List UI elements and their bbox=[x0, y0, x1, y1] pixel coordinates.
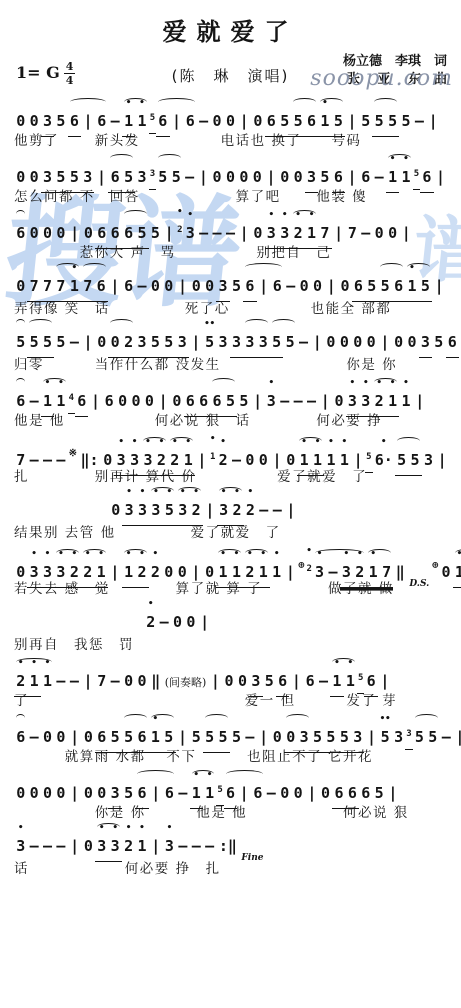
note-token: 1• bbox=[399, 386, 412, 416]
note-token: 0 bbox=[364, 327, 377, 357]
note-token: 5 bbox=[68, 162, 81, 193]
notation-line: 3•–––|03•3•2•1•|3•–––:‖Fine bbox=[14, 831, 455, 861]
note-token: 0 bbox=[338, 271, 351, 301]
note-token: 3• bbox=[340, 557, 353, 588]
note-token: 6 bbox=[332, 162, 345, 193]
note-token: 5 bbox=[54, 162, 67, 193]
note-token: 7 bbox=[14, 445, 27, 475]
segno-icon: ※ bbox=[68, 439, 78, 469]
note-token: 5 bbox=[162, 327, 175, 358]
sheet-music-page: 搜谱 谱 爱就爱了 1= G44 (陈 琳 演唱) 杨立德 李琪 词 张 亚 东… bbox=[0, 0, 461, 1008]
note-token: 3• bbox=[163, 831, 176, 861]
note-token: 5 bbox=[263, 666, 276, 696]
octave-dot: • bbox=[348, 659, 353, 667]
note-token: 5 bbox=[230, 722, 243, 752]
note-token: – bbox=[271, 495, 284, 525]
note-token: 0 bbox=[14, 162, 27, 192]
note-token: 6 bbox=[75, 386, 88, 417]
slur-arc: 6|6 bbox=[156, 106, 197, 137]
note-token: 3 bbox=[305, 162, 318, 193]
note-token: 3 bbox=[81, 162, 94, 193]
octave-dot: • bbox=[295, 211, 300, 219]
note-token: 5 bbox=[230, 271, 243, 301]
octave-dot: • bbox=[390, 155, 395, 163]
note-token: 1• bbox=[54, 386, 67, 416]
note-token: 5 bbox=[108, 722, 121, 753]
note-token: 5 bbox=[162, 722, 175, 753]
note-token: 0 bbox=[311, 271, 324, 301]
octave-dot: • bbox=[188, 211, 193, 219]
note-token: 0 bbox=[405, 327, 418, 357]
music-line: 7–––※‖:03•3•3•2•2•1•|1•2•–00|01•1•1•1•|5… bbox=[14, 439, 455, 486]
note-token: 3 bbox=[249, 666, 262, 697]
note-token: 3• bbox=[346, 386, 359, 417]
note-token: 6 bbox=[95, 106, 108, 136]
note-token: – bbox=[108, 106, 121, 136]
octave-dot: • bbox=[207, 771, 212, 779]
octave-dot: • bbox=[18, 824, 23, 832]
music-line: 6–1•1•46|6000|066655|3•–––|03•3•2•1•1•|他… bbox=[14, 383, 455, 430]
note-token: – bbox=[54, 831, 67, 861]
notation-line: 6000|066655|2•3•–––|03•3•2•1•7|7–00| bbox=[14, 215, 455, 245]
note-token: 3 bbox=[419, 327, 432, 358]
score: 00356|6–1•1•56|6–00|065561•5|5555–|他剪了 新… bbox=[0, 97, 461, 878]
note-token: – bbox=[68, 327, 81, 357]
note-token: – bbox=[41, 445, 54, 475]
octave-dot: • bbox=[153, 550, 158, 558]
note-token: – bbox=[278, 386, 291, 416]
note-token: – bbox=[183, 162, 196, 192]
octave-dot: • bbox=[31, 659, 36, 667]
note-token: 6 bbox=[95, 722, 108, 753]
barline: | bbox=[257, 722, 271, 752]
barline: ‖ bbox=[149, 666, 163, 696]
note-token: 3• bbox=[122, 495, 135, 526]
barline: | bbox=[203, 495, 217, 525]
note-token: 5 bbox=[54, 327, 67, 357]
barline: | bbox=[399, 218, 413, 248]
note-token: 3 bbox=[135, 327, 148, 358]
note-token: 7 bbox=[54, 271, 67, 302]
octave-dot: • bbox=[126, 550, 131, 558]
note-token: – bbox=[190, 831, 203, 861]
lyric-line: 话 何必要 挣 扎 bbox=[14, 861, 455, 878]
note-token: 0 bbox=[14, 271, 27, 301]
note-token: 3 bbox=[243, 327, 256, 358]
octave-dot: • bbox=[45, 550, 50, 558]
barline: | bbox=[284, 495, 298, 525]
note-token: 6 bbox=[303, 666, 316, 696]
note-token: 5•• bbox=[203, 327, 216, 357]
barline: | bbox=[189, 327, 203, 357]
slur-arc: 1•1• bbox=[453, 557, 461, 588]
slur-arc: 2•1• bbox=[291, 218, 318, 249]
note-token: 3 bbox=[392, 722, 405, 752]
barline: | bbox=[257, 271, 271, 301]
barline: | bbox=[81, 106, 95, 136]
note-token: 6 bbox=[305, 106, 318, 137]
barline: | bbox=[162, 218, 176, 248]
octave-dot: • bbox=[85, 550, 90, 558]
slur-arc: 76 bbox=[81, 271, 108, 302]
note-token: 3• bbox=[217, 495, 230, 526]
slur-arc: 2•1•1• bbox=[14, 666, 54, 697]
slur-arc: 55 bbox=[270, 327, 297, 358]
note-token: 6 bbox=[156, 106, 169, 137]
octave-dot: • bbox=[342, 438, 347, 446]
note-token: 2• bbox=[135, 557, 148, 588]
note-token: 0 bbox=[82, 831, 95, 861]
coda-icon: ⊕ bbox=[297, 551, 305, 581]
note-token: 2• bbox=[230, 495, 243, 526]
note-token: 7 bbox=[81, 271, 94, 302]
octave-dot: • bbox=[261, 550, 266, 558]
note-token: 0 bbox=[257, 445, 270, 475]
note-token: 1• bbox=[386, 386, 399, 417]
note-token: 0 bbox=[203, 557, 216, 587]
octave-dot: • bbox=[172, 438, 177, 446]
note-token: 0 bbox=[372, 218, 385, 248]
note-token: 1• bbox=[149, 722, 162, 753]
note-token: 1• bbox=[203, 778, 216, 808]
music-line: 07771•76|6–00|00356|6–00|065561•5|弄得像 笑 … bbox=[14, 271, 455, 318]
note-token: 6 bbox=[392, 271, 405, 302]
note-token: 3• bbox=[136, 495, 149, 526]
note-token: 0 bbox=[116, 386, 129, 416]
note-token: 0 bbox=[162, 557, 175, 587]
barline: | bbox=[305, 778, 319, 808]
octave-dot: • bbox=[282, 211, 287, 219]
note-token: 0 bbox=[109, 495, 122, 525]
note-token: 1• bbox=[270, 557, 283, 587]
barline: | bbox=[94, 162, 108, 192]
note-token: 0 bbox=[129, 386, 142, 416]
notation-line: 2•–00| bbox=[14, 607, 455, 637]
note-token: 1• bbox=[182, 445, 195, 476]
octave-dot: • bbox=[234, 488, 239, 496]
barline: | bbox=[345, 162, 359, 192]
slur-arc: 1•1• bbox=[190, 778, 217, 809]
slur-arc: 33 bbox=[243, 327, 270, 358]
note-token: 3 bbox=[149, 159, 156, 190]
note-token: 1• bbox=[386, 162, 399, 193]
barline: | bbox=[453, 722, 461, 752]
note-token: – bbox=[257, 495, 270, 525]
notation-line: 6–00|065561•5|5555–|0035553|5••3355–| bbox=[14, 719, 455, 749]
note-token: 5 bbox=[338, 722, 351, 753]
octave-dot: • bbox=[269, 379, 274, 387]
note-token: 6 bbox=[94, 271, 107, 302]
note-token: 1• bbox=[344, 666, 357, 696]
note-token: 0 bbox=[297, 271, 310, 301]
octave-dot: • bbox=[72, 550, 77, 558]
note-token: 3• bbox=[149, 495, 162, 526]
note-token: 5 bbox=[365, 271, 378, 302]
barline: | bbox=[310, 327, 324, 357]
note-token: 5 bbox=[149, 218, 162, 248]
note-token: 5 bbox=[170, 162, 183, 192]
note-token: 5 bbox=[54, 106, 67, 136]
note-token: 5 bbox=[378, 271, 391, 302]
note-token: – bbox=[176, 778, 189, 808]
note-token: 0 bbox=[82, 218, 95, 248]
note-token: 0 bbox=[190, 271, 203, 301]
note-token: 0 bbox=[439, 557, 452, 587]
octave-dot: • bbox=[248, 488, 253, 496]
barline: | bbox=[81, 666, 95, 696]
music-line: 2•–00|别再自 我惩 罚 bbox=[14, 607, 455, 654]
note-token: 6 bbox=[210, 386, 223, 417]
note-token: 5 bbox=[332, 106, 345, 137]
barline: | bbox=[149, 778, 163, 808]
barline: | bbox=[264, 162, 278, 192]
note-token: 2• bbox=[216, 445, 229, 475]
note-token: 5 bbox=[203, 722, 216, 753]
note-token: 6 bbox=[135, 778, 148, 809]
music-line: 0000|00356|6–1•1•56|6–00|06665| 你是 你 他是 … bbox=[14, 775, 455, 822]
notation-line: 2•1•1•––|7–00‖(间奏略)|00356|6–1•1•56| bbox=[14, 663, 455, 693]
note-token: 0 bbox=[41, 722, 54, 752]
note-token: 0 bbox=[27, 218, 40, 248]
note-token: 7 bbox=[380, 557, 393, 588]
note-token: 0 bbox=[237, 162, 250, 192]
note-token: – bbox=[440, 722, 453, 752]
slur-arc: 03 bbox=[284, 722, 311, 753]
note-token: 0 bbox=[203, 271, 216, 301]
note-token: 6 bbox=[184, 386, 197, 417]
note-token: 2• bbox=[189, 495, 202, 526]
note-token: 4 bbox=[68, 383, 75, 414]
note-token: 1• bbox=[122, 106, 135, 137]
note-token: 5 bbox=[270, 327, 283, 358]
note-token: 5 bbox=[149, 327, 162, 358]
note-token: 3• bbox=[14, 831, 27, 861]
octave-dot: • bbox=[194, 771, 199, 779]
note-token: 5 bbox=[426, 722, 439, 752]
site-watermark: sooopu.com bbox=[310, 66, 453, 91]
notation-line: 5555–|0023553|5••333355–|0000|00356| bbox=[14, 327, 455, 357]
note-token: 0 bbox=[176, 557, 189, 587]
note-token: 5 bbox=[408, 445, 421, 476]
note-token: 5 bbox=[122, 162, 135, 193]
note-token: 5 bbox=[283, 327, 296, 357]
barline: | bbox=[68, 722, 82, 752]
note-token: – bbox=[297, 327, 310, 357]
note-token: – bbox=[224, 218, 237, 248]
note-token: 5 bbox=[386, 106, 399, 137]
octave-dot: • bbox=[344, 550, 349, 558]
octave-dot: • bbox=[72, 264, 77, 272]
note-token: 1• bbox=[330, 666, 343, 697]
note-token: 0 bbox=[392, 327, 405, 357]
octave-dot: • bbox=[99, 824, 104, 832]
barline: | bbox=[198, 607, 212, 637]
note-token: 0 bbox=[54, 778, 67, 808]
barline: | bbox=[237, 218, 251, 248]
note-token: 6 bbox=[108, 218, 121, 249]
barline: | bbox=[176, 271, 190, 301]
octave-dot: • bbox=[210, 435, 215, 443]
note-token: 0 bbox=[284, 445, 297, 475]
note-token: 7 bbox=[318, 218, 331, 249]
note-token: 5 bbox=[359, 106, 372, 136]
music-line: 2•1•1•––|7–00‖(间奏略)|00356|6–1•1•56|了 爱一 … bbox=[14, 663, 455, 710]
note-token: 0 bbox=[108, 327, 121, 358]
note-token: – bbox=[326, 557, 339, 587]
note-token: 5 bbox=[190, 722, 203, 752]
octave-dot: • bbox=[220, 550, 225, 558]
octave-dot: • bbox=[153, 715, 158, 723]
note-token: 0 bbox=[338, 327, 351, 357]
octave-dot: • bbox=[193, 488, 198, 496]
note-token: 0 bbox=[41, 778, 54, 808]
octave-dot: • bbox=[306, 547, 311, 555]
slur-arc: 65 bbox=[210, 386, 237, 417]
note-token: 6 bbox=[271, 271, 284, 301]
note-token: 3 bbox=[230, 327, 243, 358]
note-token: 0 bbox=[82, 722, 95, 752]
note-token: – bbox=[230, 445, 243, 475]
note-token: 5 bbox=[27, 327, 40, 358]
note-token: 7 bbox=[27, 271, 40, 302]
note-token: 0 bbox=[54, 218, 67, 248]
note-token: 1• bbox=[41, 666, 54, 696]
music-line: 6–00|065561•5|5555–|0035553|5••3355–| 就算… bbox=[14, 719, 455, 766]
octave-dot: •• bbox=[204, 320, 215, 328]
slur-arc: 55 bbox=[203, 722, 230, 753]
octave-dot: • bbox=[145, 438, 150, 446]
annotation: D.S. bbox=[407, 569, 431, 599]
slur-arc: 3•2• bbox=[217, 495, 244, 526]
note-token: 0 bbox=[82, 778, 95, 808]
octave-dot: • bbox=[390, 379, 395, 387]
music-line: 5555–|0023553|5••333355–|0000|00356|归零 当… bbox=[14, 327, 455, 374]
slur-arc: 2•1• bbox=[81, 557, 108, 588]
note-token: 1• bbox=[405, 271, 418, 302]
octave-dot: • bbox=[457, 550, 461, 558]
barline: | bbox=[413, 386, 427, 416]
note-token: 6·• bbox=[373, 445, 395, 475]
note-token: 5 bbox=[224, 386, 237, 417]
note-token: 2• bbox=[81, 557, 94, 588]
note-token: 3 bbox=[135, 162, 148, 192]
note-token: 2• bbox=[243, 557, 256, 588]
octave-dot: • bbox=[409, 264, 414, 272]
coda-icon: ⊕ bbox=[431, 551, 439, 581]
note-token: 0 bbox=[41, 218, 54, 248]
note-token: 3• bbox=[313, 557, 326, 587]
note-token: 0 bbox=[251, 218, 264, 248]
barline: | bbox=[432, 271, 446, 301]
note-token: 1• bbox=[366, 557, 379, 588]
note-token: – bbox=[265, 778, 278, 808]
barline: | bbox=[426, 106, 440, 136]
note-token: 0 bbox=[243, 445, 256, 475]
octave-dot: • bbox=[126, 824, 131, 832]
note-token: – bbox=[54, 666, 67, 696]
octave-dot: • bbox=[159, 438, 164, 446]
note-token: 5 bbox=[413, 159, 420, 190]
note-token: 6 bbox=[14, 386, 27, 416]
note-token: 6 bbox=[95, 218, 108, 249]
note-token: 0 bbox=[162, 271, 175, 301]
slur-arc: 3•–3•2• bbox=[313, 557, 367, 588]
octave-dot: • bbox=[140, 488, 145, 496]
octave-dot: • bbox=[357, 550, 362, 558]
note-token: 0 bbox=[101, 445, 114, 475]
octave-dot: • bbox=[118, 438, 123, 446]
music-line: 03•3•3•5•3•2•|3•2•2•––|结果别 去管 他 爱了就爱 了 bbox=[14, 495, 455, 542]
octave-dot: • bbox=[132, 438, 137, 446]
note-token: 2• bbox=[68, 557, 81, 588]
barline: | bbox=[345, 106, 359, 136]
note-token: – bbox=[54, 445, 67, 475]
slur-arc: 1•1• bbox=[330, 666, 357, 697]
octave-dot: • bbox=[98, 550, 103, 558]
slur-arc: 55 bbox=[413, 722, 440, 752]
note-token: 5 bbox=[432, 327, 445, 357]
note-token: 1• bbox=[27, 666, 40, 697]
slur-arc: 65 bbox=[108, 162, 135, 193]
note-token: – bbox=[176, 831, 189, 861]
note-token: 1• bbox=[297, 445, 310, 476]
note-token: – bbox=[41, 831, 54, 861]
barline: | bbox=[68, 778, 82, 808]
barline: | bbox=[208, 666, 222, 696]
slur-arc: 5 bbox=[14, 327, 27, 357]
note-token: 0 bbox=[210, 106, 223, 136]
note-token: 6 bbox=[243, 271, 256, 302]
note-token: 0 bbox=[210, 162, 223, 192]
slur-arc: 1•1• bbox=[41, 386, 68, 417]
note-token: 0 bbox=[95, 327, 108, 357]
note-token: 1• bbox=[135, 106, 148, 136]
slur-arc: 6|6 bbox=[224, 778, 265, 809]
note-token: 3• bbox=[278, 218, 291, 249]
note-token: 6 bbox=[122, 218, 135, 249]
barline: | bbox=[156, 386, 170, 416]
note-token: 1• bbox=[311, 445, 324, 476]
note-token: 3• bbox=[128, 445, 141, 476]
note-token: 6 bbox=[224, 778, 237, 809]
octave-dot: • bbox=[126, 99, 131, 107]
note-token: 0 bbox=[251, 106, 264, 136]
note-token: 0 bbox=[351, 327, 364, 357]
note-token: 2• bbox=[155, 445, 168, 476]
note-token: 0 bbox=[386, 218, 399, 248]
note-token: 6 bbox=[108, 162, 121, 193]
note-token: – bbox=[197, 218, 210, 248]
note-token: – bbox=[27, 386, 40, 416]
barline: | bbox=[237, 106, 251, 136]
note-token: 7 bbox=[41, 271, 54, 302]
barline: | bbox=[149, 831, 163, 861]
slur-arc: 1•1• bbox=[386, 162, 413, 193]
note-token: 2• bbox=[14, 666, 27, 697]
note-token: – bbox=[197, 106, 210, 136]
note-token: 0 bbox=[170, 386, 183, 416]
octave-dot: • bbox=[139, 824, 144, 832]
note-token: 5•• bbox=[378, 722, 391, 752]
barline: | bbox=[289, 666, 303, 696]
note-token: 3• bbox=[265, 386, 278, 416]
slur-arc: 1•5 bbox=[318, 106, 345, 137]
note-token: 0 bbox=[95, 778, 108, 808]
note-token: 0 bbox=[135, 666, 148, 696]
slur-arc: 6 bbox=[14, 722, 27, 752]
slur-arc: 1•7 bbox=[366, 557, 393, 588]
note-token: 0 bbox=[149, 271, 162, 301]
